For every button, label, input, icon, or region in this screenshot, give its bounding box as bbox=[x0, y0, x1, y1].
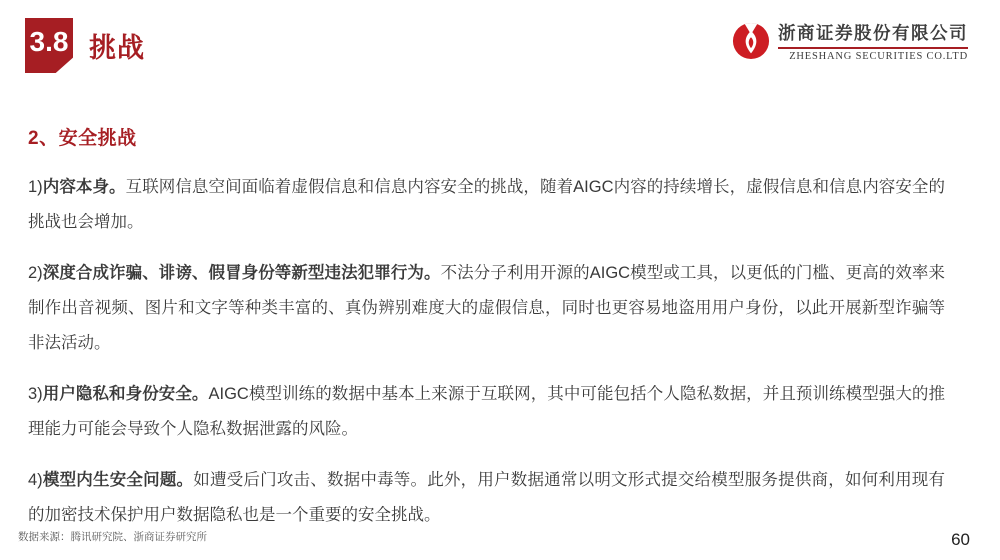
slide-body: 2、安全挑战 1)内容本身。互联网信息空间面临着虚假信息和信息内容安全的挑战，随… bbox=[0, 73, 1000, 533]
paragraph-4: 4)模型内生安全问题。如遭受后门攻击、数据中毒等。此外，用户数据通常以明文形式提… bbox=[28, 463, 945, 533]
slide-title: 挑战 bbox=[89, 26, 145, 65]
paragraph-3-lead: 用户隐私和身份安全。 bbox=[43, 385, 209, 403]
paragraph-4-lead: 模型内生安全问题。 bbox=[43, 471, 194, 489]
paragraph-3-number: 3) bbox=[28, 385, 43, 403]
paragraph-2-number: 2) bbox=[28, 264, 43, 282]
zheshang-logo-icon bbox=[732, 22, 770, 60]
company-logo: 浙商证券股份有限公司 ZHESHANG SECURITIES CO.LTD bbox=[732, 20, 968, 62]
section-title-group: 3.8 挑战 bbox=[25, 18, 145, 73]
paragraph-1-lead: 内容本身。 bbox=[43, 178, 126, 196]
paragraph-3: 3)用户隐私和身份安全。AIGC模型训练的数据中基本上来源于互联网，其中可能包括… bbox=[28, 377, 945, 447]
page-number: 60 bbox=[951, 530, 970, 550]
paragraph-1: 1)内容本身。互联网信息空间面临着虚假信息和信息内容安全的挑战，随着AIGC内容… bbox=[28, 170, 945, 240]
logo-text: 浙商证券股份有限公司 ZHESHANG SECURITIES CO.LTD bbox=[778, 20, 968, 62]
paragraph-2: 2)深度合成诈骗、诽谤、假冒身份等新型违法犯罪行为。不法分子利用开源的AIGC模… bbox=[28, 256, 945, 361]
paragraph-4-number: 4) bbox=[28, 471, 43, 489]
company-name-cn: 浙商证券股份有限公司 bbox=[778, 20, 968, 49]
section-number-badge: 3.8 bbox=[25, 18, 73, 73]
paragraph-1-body: 互联网信息空间面临着虚假信息和信息内容安全的挑战，随着AIGC内容的持续增长，虚… bbox=[28, 178, 945, 231]
paragraph-2-lead: 深度合成诈骗、诽谤、假冒身份等新型违法犯罪行为。 bbox=[43, 264, 441, 282]
paragraph-1-number: 1) bbox=[28, 178, 43, 196]
data-source-note: 数据来源：腾讯研究院、浙商证券研究所 bbox=[18, 529, 207, 544]
slide-header: 3.8 挑战 浙商证券股份有限公司 ZHESHANG SECURITIES CO… bbox=[0, 0, 1000, 73]
section-heading: 2、安全挑战 bbox=[28, 123, 945, 150]
company-name-en: ZHESHANG SECURITIES CO.LTD bbox=[789, 51, 968, 62]
